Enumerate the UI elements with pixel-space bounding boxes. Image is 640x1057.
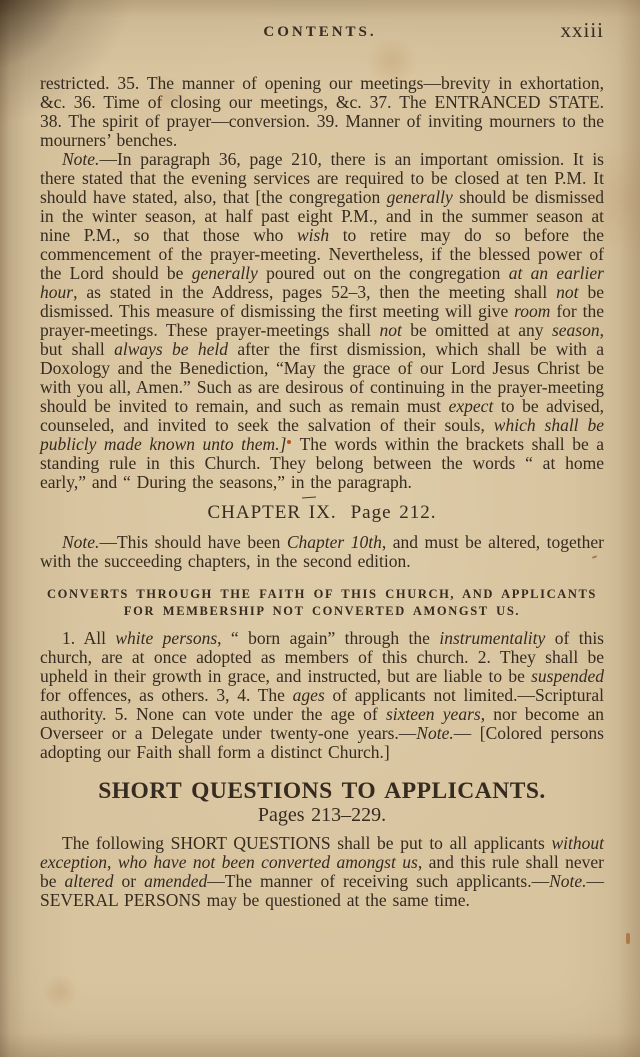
asterisk-mark	[287, 440, 291, 444]
short-questions-pages: Pages 213–229.	[40, 806, 604, 825]
edge-stain-mark	[626, 933, 630, 944]
chapter-heading: CHAPTER IX.Page 212.	[40, 503, 604, 522]
book-page: CONTENTS. xxiii restricted. 35. The mann…	[0, 0, 640, 1057]
page-content: restricted. 35. The manner of opening ou…	[40, 74, 604, 910]
divider-dash	[302, 497, 316, 499]
converts-paragraph: 1. All white persons, “ born again” thro…	[40, 629, 604, 762]
intro-paragraph: restricted. 35. The manner of opening ou…	[40, 74, 604, 150]
chapter-heading-page-ref: Page 212.	[351, 502, 437, 523]
running-head-title: CONTENTS.	[0, 24, 640, 41]
section-heading: CONVERTS THROUGH THE FAITH OF THIS CHURC…	[40, 586, 604, 620]
page-header: CONTENTS. xxiii	[0, 18, 640, 50]
note-paragraph: Note.—In paragraph 36, page 210, there i…	[40, 150, 604, 492]
short-questions-paragraph: The following SHORT QUESTIONS shall be p…	[40, 834, 604, 910]
short-questions-heading: SHORT QUESTIONS TO APPLICANTS.	[40, 782, 604, 801]
page-number: xxiii	[560, 18, 604, 43]
chapter-heading-title: CHAPTER IX.	[207, 502, 336, 523]
section-heading-line1: CONVERTS THROUGH THE FAITH OF THIS CHURC…	[47, 587, 597, 601]
section-heading-line2: FOR MEMBERSHIP NOT CONVERTED AMONGST US.	[124, 604, 520, 618]
chapter-note-paragraph: Note.—This should have been Chapter 10th…	[40, 533, 604, 571]
